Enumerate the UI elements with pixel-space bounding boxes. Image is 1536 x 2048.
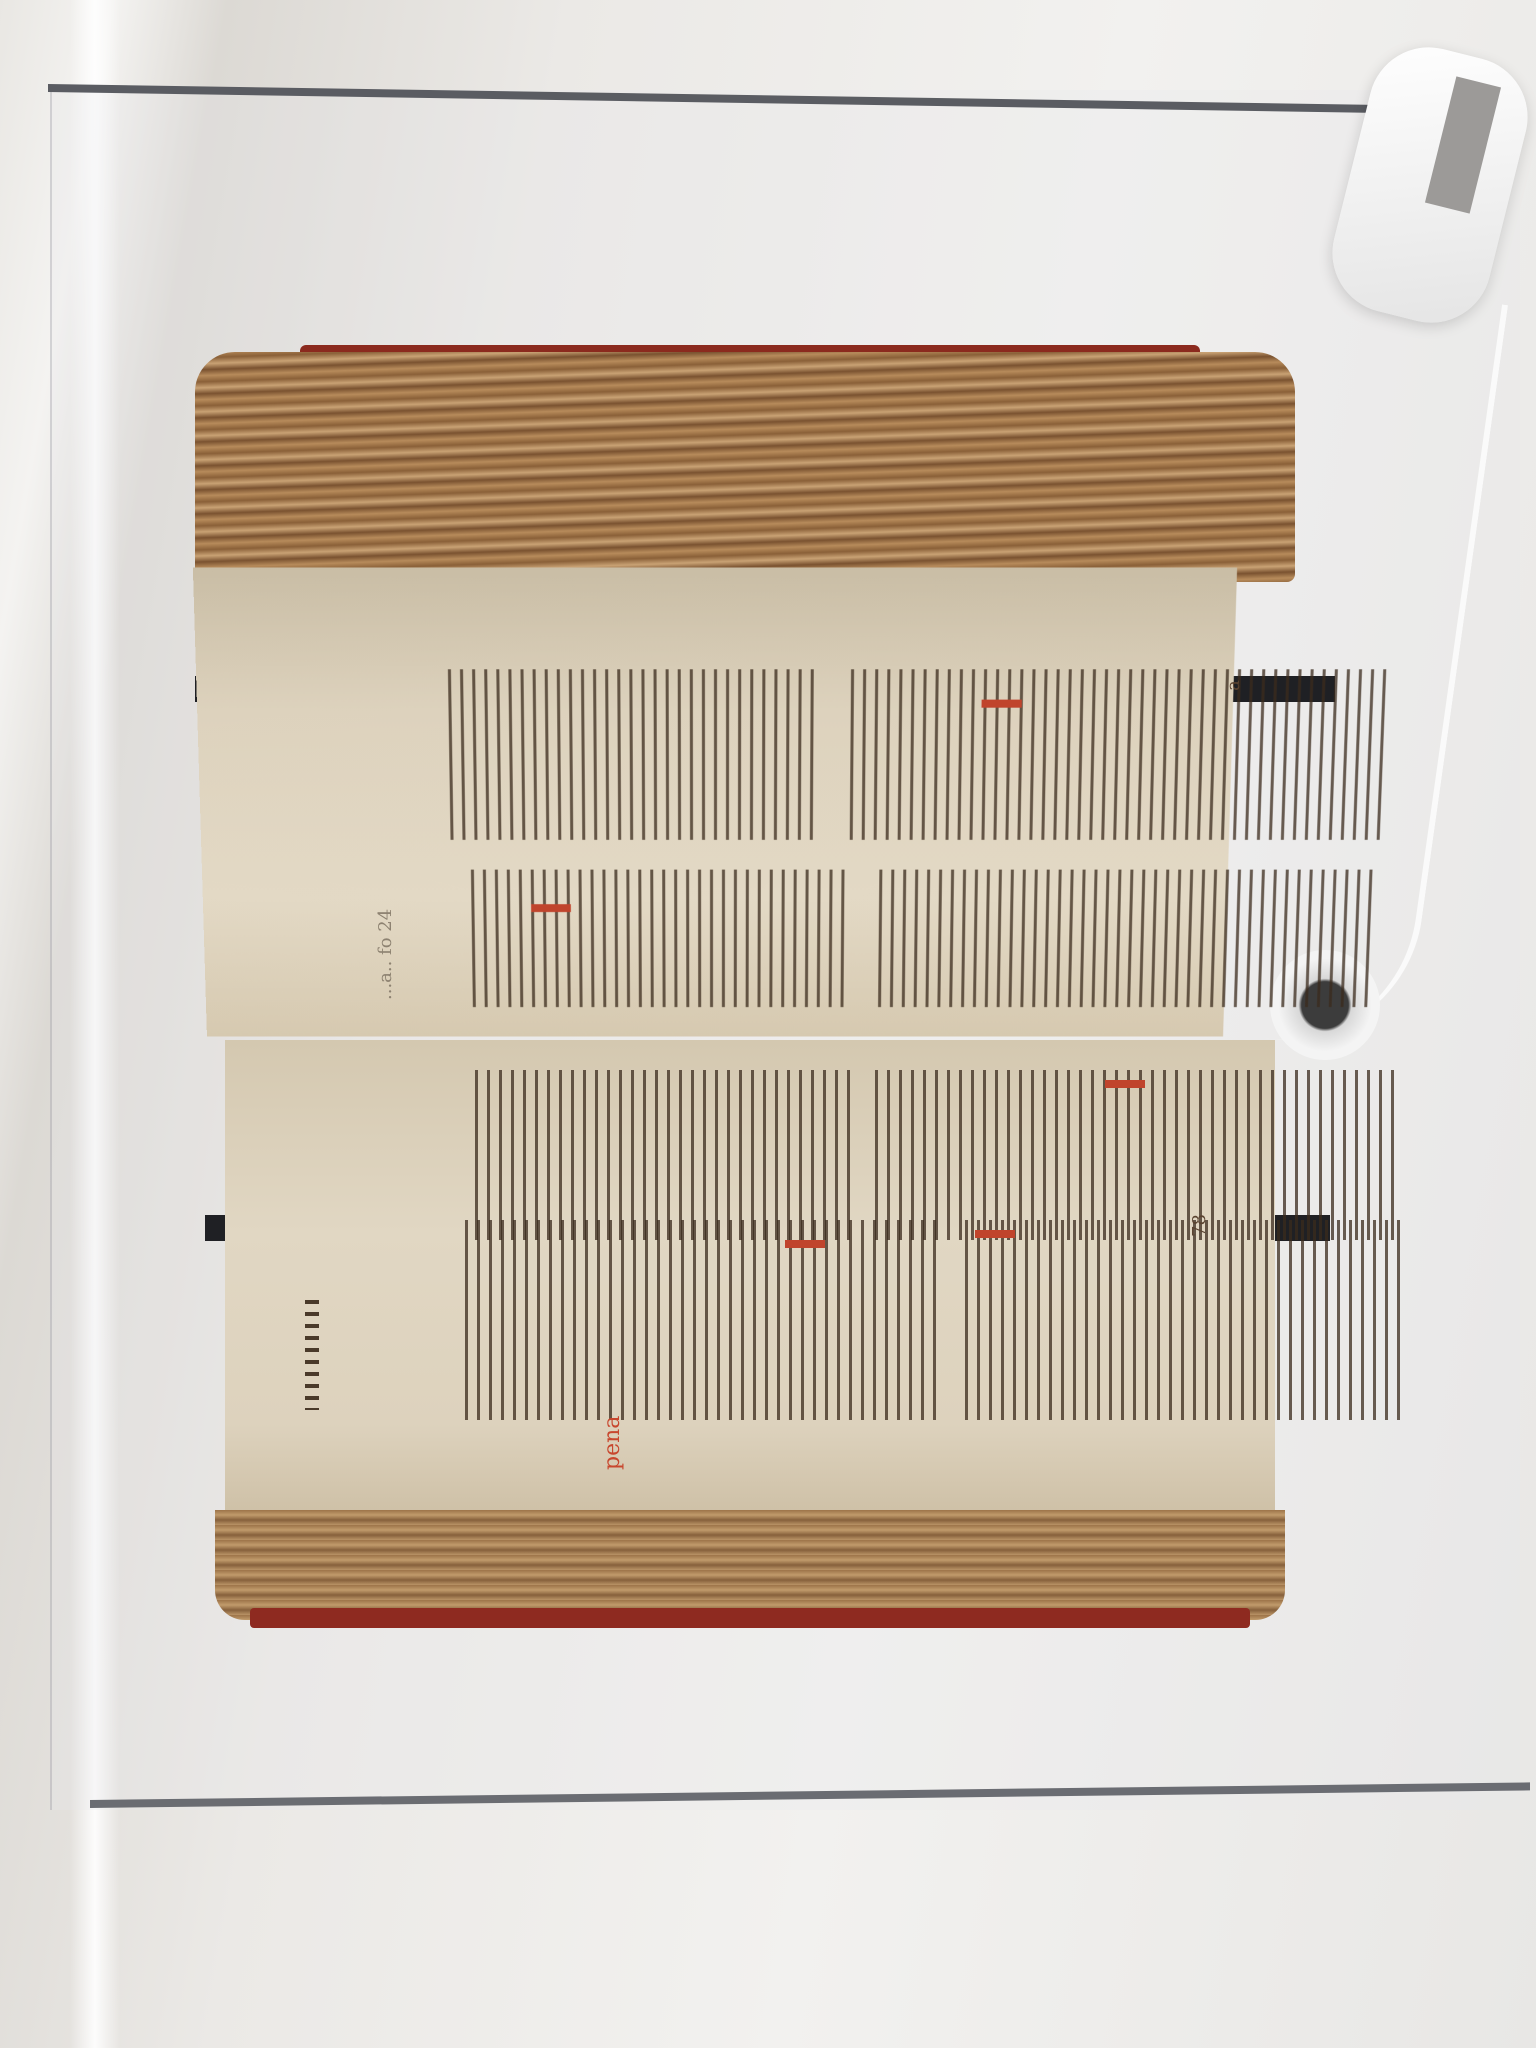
folio-number-upper: a <box>1223 680 1244 691</box>
red-margin-note: pena <box>600 1416 625 1470</box>
manuscript-page-lower <box>225 1040 1275 1520</box>
rubric <box>1105 1080 1145 1088</box>
pencil-margin-note: ...a.. fo 24 <box>375 909 396 1000</box>
rubric <box>975 1230 1015 1238</box>
text-column <box>965 1220 1405 1420</box>
rubric <box>785 1240 825 1248</box>
folio-number-lower: 78 <box>1189 1214 1210 1237</box>
text-column <box>471 870 850 1007</box>
text-column <box>850 669 1396 840</box>
page-edges-top <box>195 352 1295 582</box>
rubric <box>982 700 1022 708</box>
rubric <box>531 904 571 912</box>
text-column <box>875 1070 1395 1240</box>
stitch-repair <box>305 1300 319 1410</box>
page-edges-bottom <box>215 1510 1285 1620</box>
manuscript-page-upper <box>193 567 1237 1036</box>
text-column <box>448 669 821 840</box>
text-column <box>475 1070 855 1240</box>
text-column <box>878 870 1377 1007</box>
text-column <box>465 1220 945 1420</box>
binding-bottom <box>250 1608 1250 1628</box>
